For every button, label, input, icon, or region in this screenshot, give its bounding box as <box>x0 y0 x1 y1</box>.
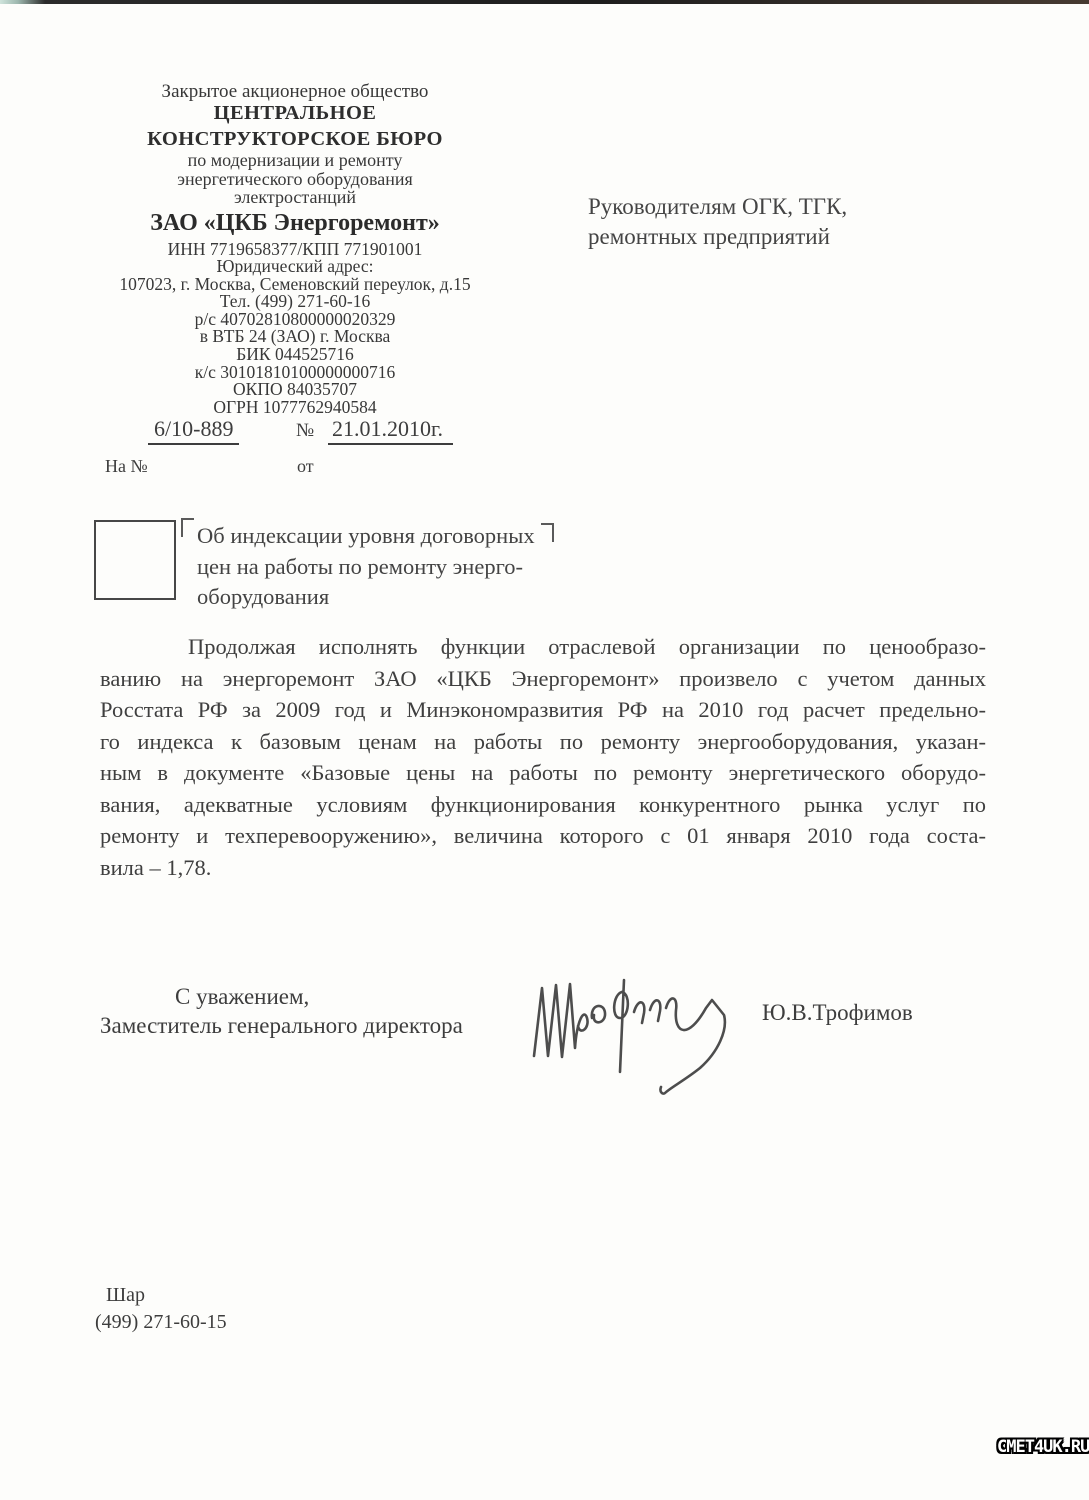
letterhead: Закрытое акционерное общество ЦЕНТРАЛЬНО… <box>85 82 505 416</box>
reply-to-label: На № <box>105 456 148 477</box>
letterhead-desc-line3: электростанций <box>85 188 505 207</box>
subject-line3: оборудования <box>197 582 537 613</box>
site-watermark: CMET4UK.RU <box>997 1437 1089 1457</box>
letterhead-ogrn: ОГРН 1077762940584 <box>85 399 505 417</box>
body-line: ванию на энергоремонт ЗАО «ЦКБ Энергорем… <box>100 663 986 695</box>
body-line: Росстата РФ за 2009 год и Минэкономразви… <box>100 694 986 726</box>
letterhead-desc-line2: энергетического оборудования <box>85 170 505 189</box>
executor-phone: (499) 271-60-15 <box>95 1311 227 1334</box>
addressee-line2: ремонтных предприятий <box>588 222 948 252</box>
body-line: ремонту и техперевооружению», величина к… <box>100 820 986 852</box>
subject-line2: цен на работы по ремонту энерго- <box>197 552 537 583</box>
letterhead-name-line2: КОНСТРУКТОРСКОЕ БЮРО <box>85 128 505 151</box>
number-sign: № <box>296 420 314 442</box>
addressee-block: Руководителям ОГК, ТГК, ремонтных предпр… <box>588 192 948 252</box>
body-line: вила – 1,78. <box>100 852 986 884</box>
body-line: ным в документе «Базовые цены на работы … <box>100 757 986 789</box>
letterhead-name-line1: ЦЕНТРАЛЬНОЕ <box>85 102 505 125</box>
body-line: го индекса к базовым ценам на работы по … <box>100 726 986 758</box>
outgoing-number: 6/10-889 <box>148 416 239 445</box>
letterhead-org-type: Закрытое акционерное общество <box>85 82 505 102</box>
signer-name: Ю.В.Трофимов <box>762 1000 913 1026</box>
scan-edge-artifact <box>0 0 1089 4</box>
corner-mark-left <box>181 518 194 537</box>
addressee-line1: Руководителям ОГК, ТГК, <box>588 192 948 222</box>
letter-date: 21.01.2010г. <box>328 416 453 445</box>
body-line: Продолжая исполнять функции отраслевой о… <box>100 631 986 663</box>
letter-body: Продолжая исполнять функции отраслевой о… <box>100 631 986 883</box>
handwritten-signature <box>528 960 740 1102</box>
scanned-letter-page: Закрытое акционерное общество ЦЕНТРАЛЬНО… <box>0 0 1089 1500</box>
subject-block: Об индексации уровня договорных цен на р… <box>197 521 537 613</box>
signer-position: Заместитель генерального директора <box>100 1013 463 1039</box>
letterhead-desc-line1: по модернизации и ремонту <box>85 151 505 170</box>
executor-name: Шар <box>106 1284 145 1307</box>
body-line: вания, адекватные условиям функционирова… <box>100 789 986 821</box>
subject-line1: Об индексации уровня договорных <box>197 521 537 552</box>
closing-salutation: С уважением, <box>175 984 309 1010</box>
letterhead-company-name: ЗАО «ЦКБ Энергоремонт» <box>85 210 505 237</box>
stamp-placeholder-box <box>94 520 176 600</box>
corner-mark-right <box>541 523 554 542</box>
from-label: от <box>297 456 314 477</box>
